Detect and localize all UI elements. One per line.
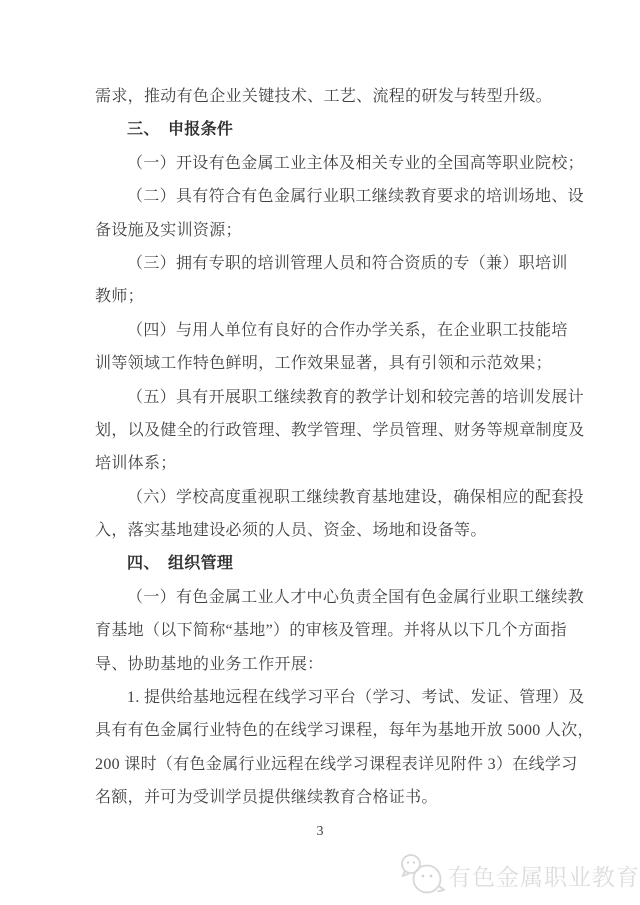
document-line: 划，以及健全的行政管理、教学管理、学员管理、财务等规章制度及 xyxy=(95,414,565,447)
page-number: 3 xyxy=(0,822,640,842)
document-line: （二）具有符合有色金属行业职工继续教育要求的培训场地、设 xyxy=(95,180,565,213)
document-line: （五）具有开展职工继续教育的教学计划和较完善的培训发展计 xyxy=(95,381,565,414)
section-heading-application-conditions: 三、 申报条件 xyxy=(95,113,565,146)
document-line: 育基地（以下简称“基地”）的审核及管理。并将从以下几个方面指 xyxy=(95,614,565,647)
document-line: 教师； xyxy=(95,280,565,313)
document-line: 培训体系； xyxy=(95,447,565,480)
document-body: 需求，推动有色企业关键技术、工艺、流程的研发与转型升级。 三、 申报条件 （一）… xyxy=(95,80,565,815)
document-line: 入，落实基地建设必须的人员、资金、场地和设备等。 xyxy=(95,514,565,547)
document-line: 名额，并可为受训学员提供继续教育合格证书。 xyxy=(95,781,565,814)
mascot-chat-logo-icon xyxy=(398,852,448,898)
document-line: 具有有色金属行业特色的在线学习课程，每年为基地开放 5000 人次， xyxy=(95,714,565,747)
document-line: 备设施及实训资源； xyxy=(95,214,565,247)
document-line: （一）开设有色金属工业主体及相关专业的全国高等职业院校； xyxy=(95,147,565,180)
footer-watermark: 有色金属职业教育 xyxy=(398,852,640,898)
document-line: 导、协助基地的业务工作开展： xyxy=(95,648,565,681)
document-page: 需求，推动有色企业关键技术、工艺、流程的研发与转型升级。 三、 申报条件 （一）… xyxy=(0,0,640,905)
document-line: （六）学校高度重视职工继续教育基地建设，确保相应的配套投 xyxy=(95,481,565,514)
document-line: 训等领域工作特色鲜明，工作效果显著，具有引领和示范效果； xyxy=(95,347,565,380)
document-line: 需求，推动有色企业关键技术、工艺、流程的研发与转型升级。 xyxy=(95,80,565,113)
document-line: 1. 提供给基地远程在线学习平台（学习、考试、发证、管理）及 xyxy=(95,681,565,714)
document-line: （四）与用人单位有良好的合作办学关系，在企业职工技能培 xyxy=(95,314,565,347)
document-line: （一）有色金属工业人才中心负责全国有色金属行业职工继续教 xyxy=(95,581,565,614)
footer-watermark-text: 有色金属职业教育 xyxy=(448,859,640,892)
section-heading-organization-management: 四、 组织管理 xyxy=(95,547,565,580)
document-line: （三）拥有专职的培训管理人员和符合资质的专（兼）职培训 xyxy=(95,247,565,280)
document-line: 200 课时（有色金属行业远程在线学习课程表详见附件 3）在线学习 xyxy=(95,748,565,781)
